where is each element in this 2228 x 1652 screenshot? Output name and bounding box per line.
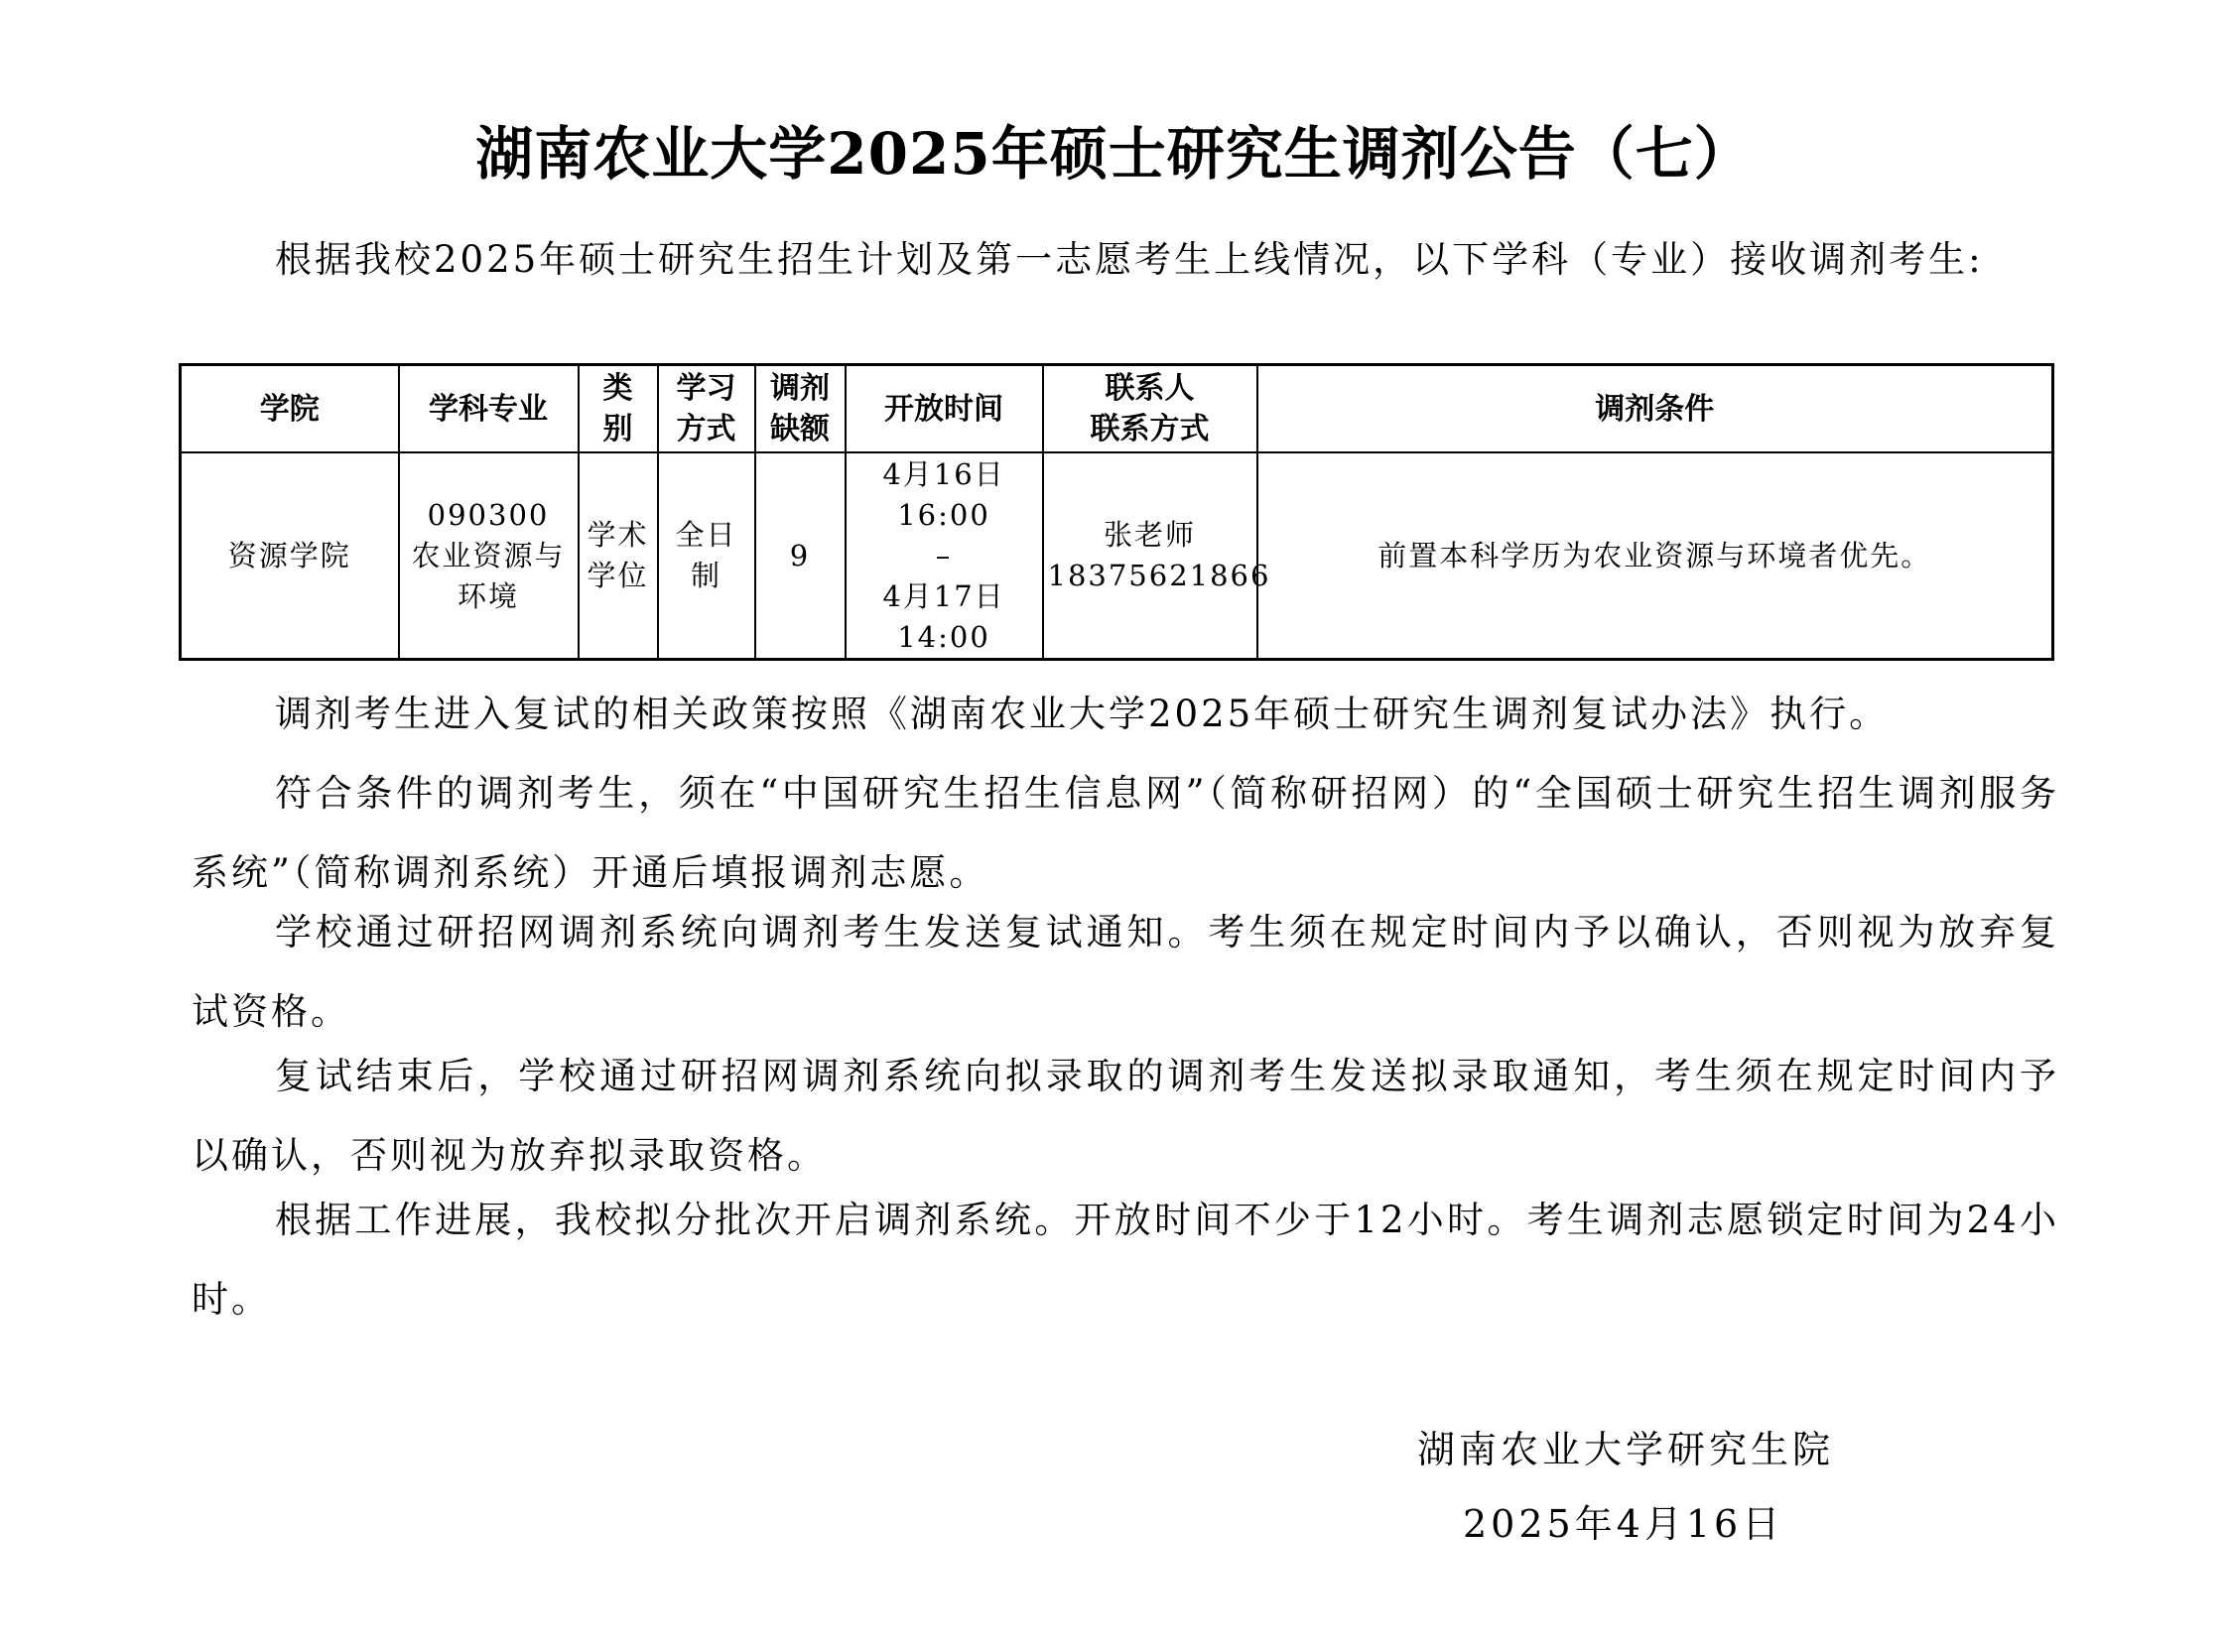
open-start-time: 16:00 [851, 495, 1038, 536]
paragraph-application: 符合条件的调剂考生，须在“中国研究生招生信息网”（简称研招网）的“全国硕士研究生… [192, 754, 2059, 913]
signature-organization: 湖南农业大学研究生院 [1417, 1419, 1834, 1473]
header-category: 类 别 [579, 365, 658, 453]
paragraph-retest-policy: 调剂考生进入复试的相关政策按照《湖南农业大学2025年硕士研究生调剂复试办法》执… [192, 675, 2059, 754]
cell-category: 学术 学位 [579, 452, 658, 660]
document-title: 湖南农业大学2025年硕士研究生调剂公告（七） [0, 107, 2228, 191]
table-row: 资源学院 090300 农业资源与环境 学术 学位 全日制 9 4月16日 16… [181, 452, 2053, 660]
category-line2: 学位 [584, 556, 653, 596]
open-end-date: 4月17日 [851, 576, 1038, 617]
header-college: 学院 [181, 365, 399, 453]
header-vacancy: 调剂 缺额 [755, 365, 846, 453]
open-start-date: 4月16日 [851, 454, 1038, 495]
cell-vacancy: 9 [755, 452, 846, 660]
cell-major: 090300 农业资源与环境 [399, 452, 579, 660]
category-line1: 学术 [584, 515, 653, 556]
adjustment-table: 学院 学科专业 类 别 学习 方式 调剂 缺额 开放时间 联系人 联系方式 调剂… [179, 363, 2054, 661]
header-contact-line1: 联系人 [1048, 368, 1252, 409]
cell-open-time: 4月16日 16:00 – 4月17日 14:00 [846, 452, 1043, 660]
signature-date: 2025年4月16日 [1463, 1493, 1783, 1548]
major-code: 090300 [404, 495, 574, 536]
cell-contact: 张老师 18375621866 [1043, 452, 1257, 660]
paragraph-system-schedule: 根据工作进展，我校拟分批次开启调剂系统。开放时间不少于12小时。考生调剂志愿锁定… [192, 1181, 2059, 1339]
table-header-row: 学院 学科专业 类 别 学习 方式 调剂 缺额 开放时间 联系人 联系方式 调剂… [181, 365, 2053, 453]
header-open-time: 开放时间 [846, 365, 1043, 453]
header-vacancy-line2: 缺额 [760, 409, 841, 449]
open-separator: – [851, 536, 1038, 576]
cell-college: 资源学院 [181, 452, 399, 660]
cell-conditions: 前置本科学历为农业资源与环境者优先。 [1257, 452, 2053, 660]
open-end-time: 14:00 [851, 617, 1038, 658]
contact-phone: 18375621866 [1048, 556, 1252, 596]
header-study-mode-line1: 学习 [663, 368, 750, 409]
paragraph-admission-notice: 复试结束后，学校通过研招网调剂系统向拟录取的调剂考生发送拟录取通知，考生须在规定… [192, 1037, 2059, 1196]
header-study-mode-line2: 方式 [663, 409, 750, 449]
header-conditions: 调剂条件 [1257, 365, 2053, 453]
header-vacancy-line1: 调剂 [760, 368, 841, 409]
cell-study-mode: 全日制 [658, 452, 755, 660]
contact-name: 张老师 [1048, 515, 1252, 556]
intro-paragraph: 根据我校2025年硕士研究生招生计划及第一志愿考生上线情况，以下学科（专业）接收… [192, 220, 2059, 300]
major-name: 农业资源与环境 [404, 536, 574, 617]
header-contact: 联系人 联系方式 [1043, 365, 1257, 453]
header-contact-line2: 联系方式 [1048, 409, 1252, 449]
paragraph-retest-notice: 学校通过研招网调剂系统向调剂考生发送复试通知。考生须在规定时间内予以确认，否则视… [192, 893, 2059, 1052]
header-study-mode: 学习 方式 [658, 365, 755, 453]
header-major: 学科专业 [399, 365, 579, 453]
